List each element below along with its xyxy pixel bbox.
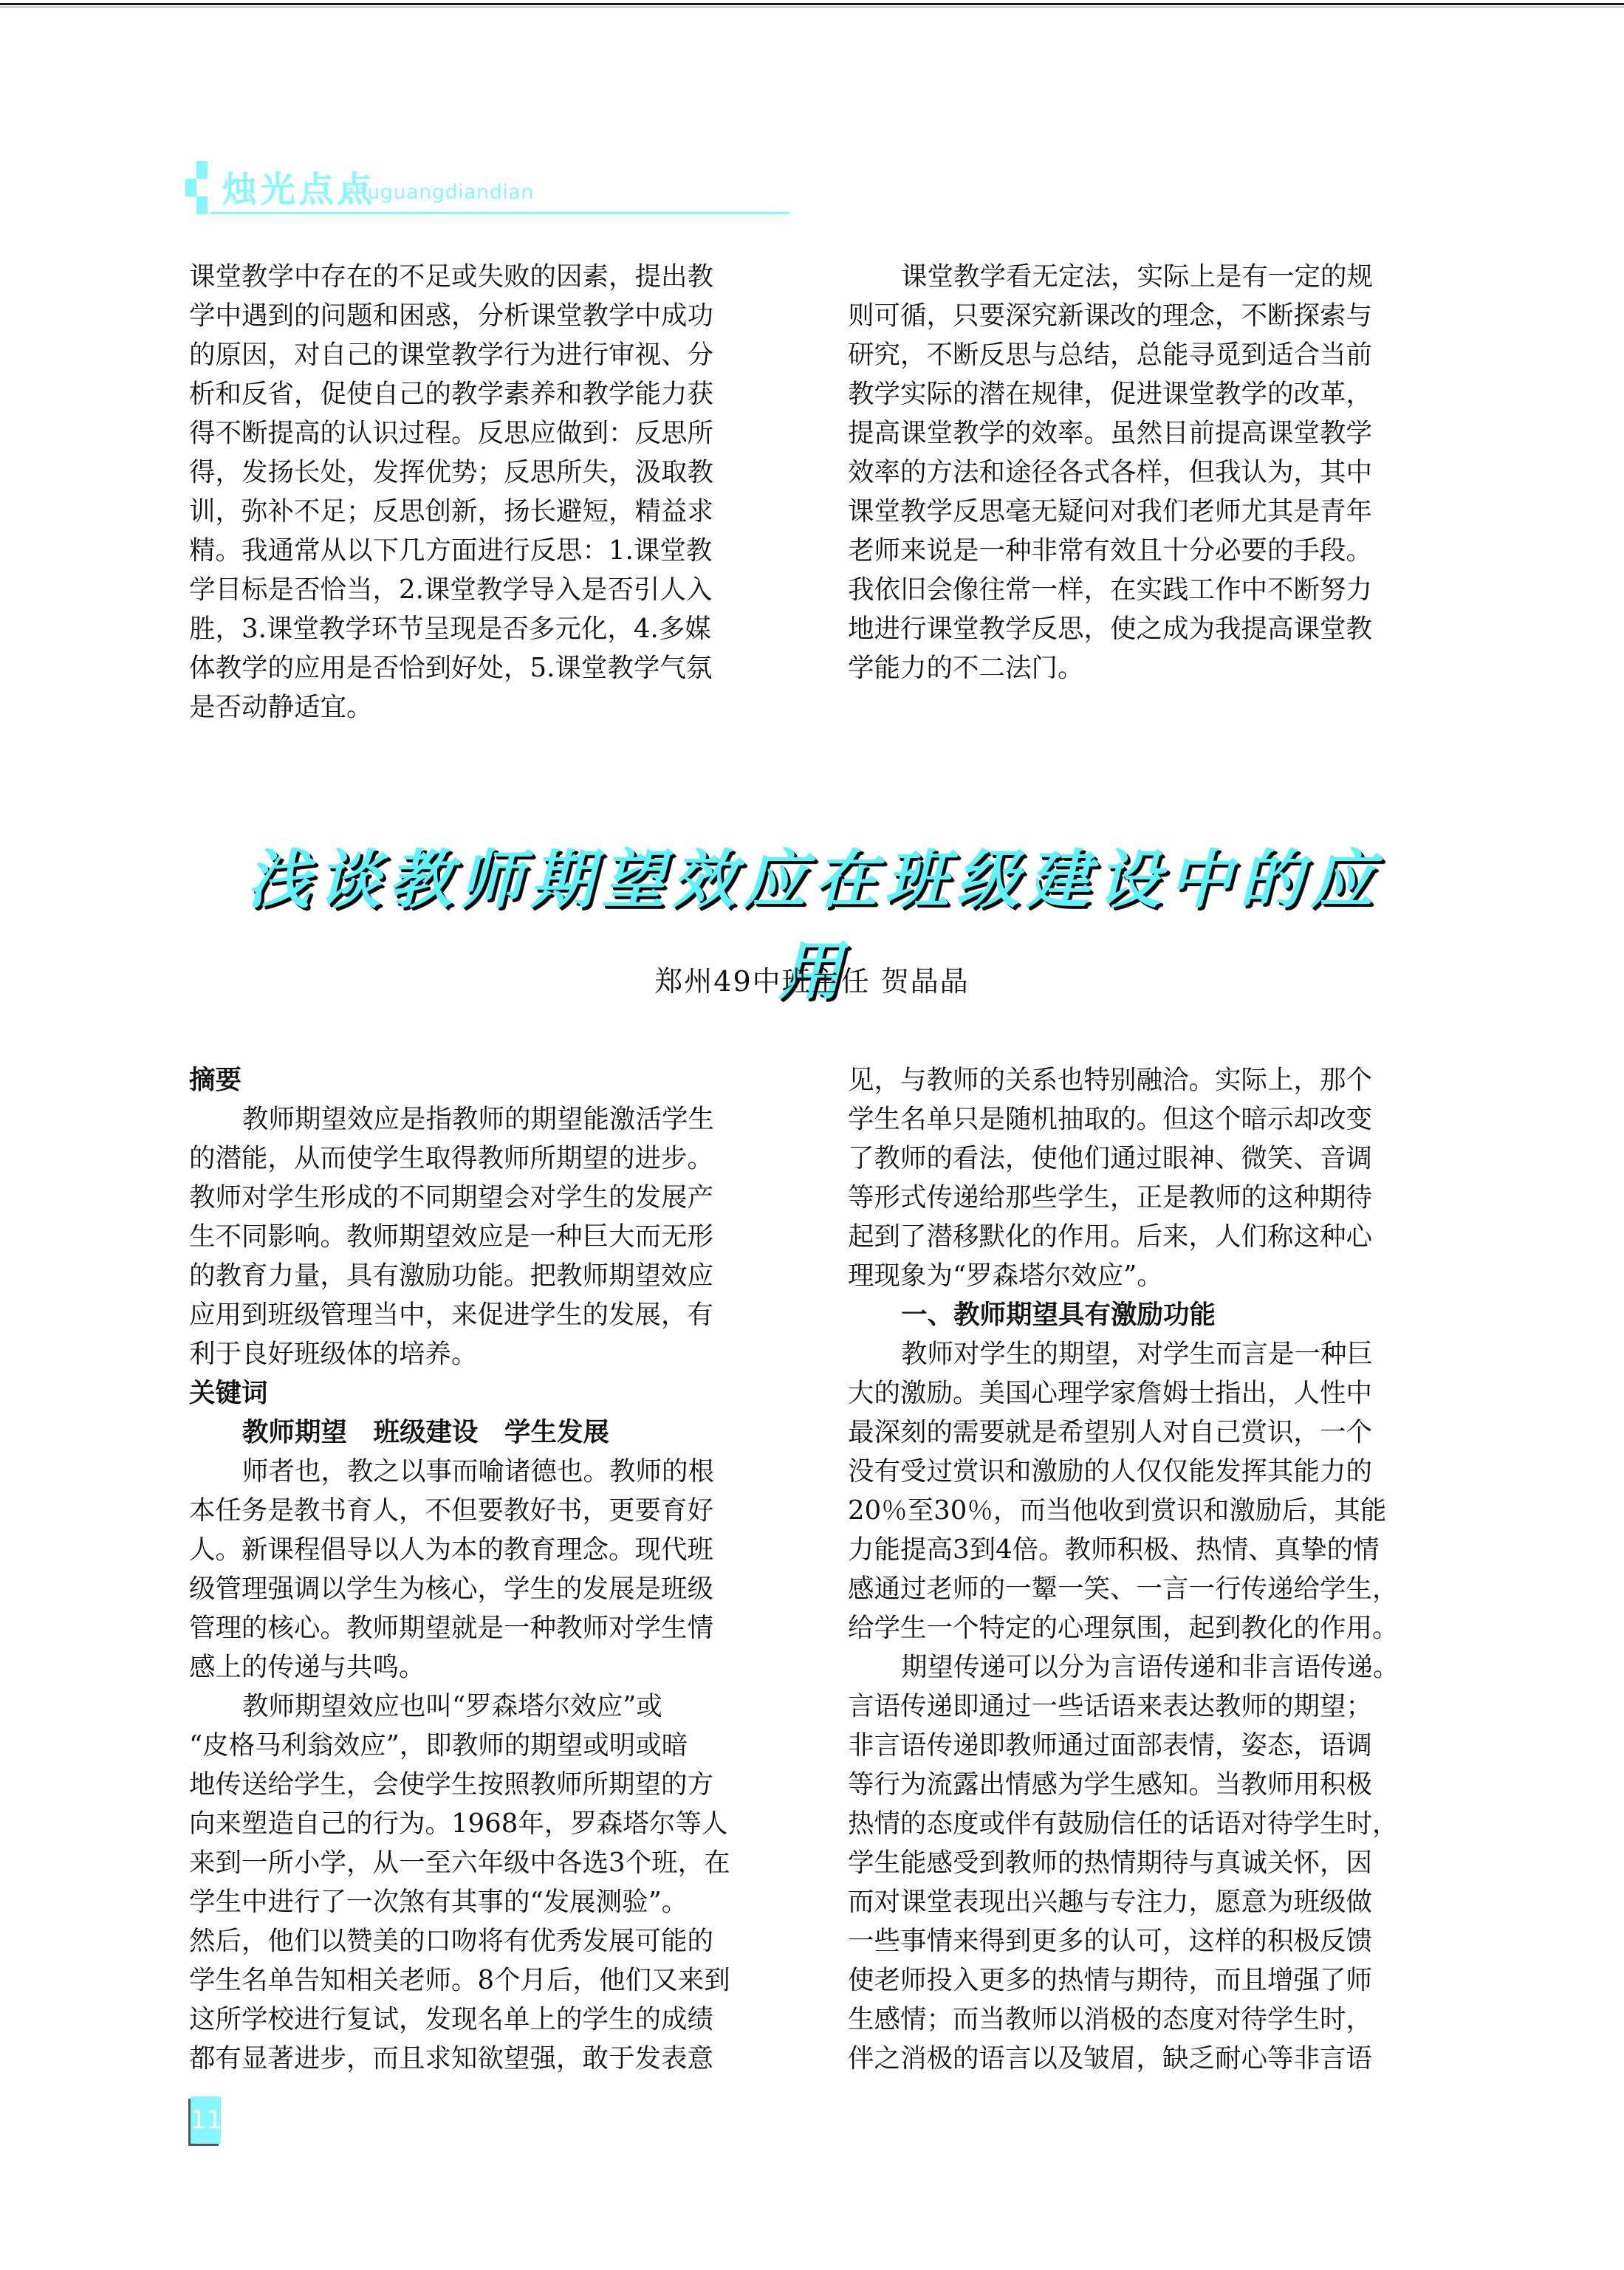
- text-line: 胜，3.课堂教学环节呈现是否多元化，4.多媒: [189, 609, 780, 648]
- text-line: 力能提高3到4倍。教师积极、热情、真挚的情: [848, 1530, 1439, 1569]
- header-decor-square-icon: [196, 196, 208, 214]
- text-heading-line: 摘要: [189, 1060, 780, 1100]
- text-line: 言语传递即通过一些话语来表达教师的期望；: [848, 1687, 1439, 1726]
- header-decor-square-icon: [185, 179, 196, 196]
- text-line: 师者也，教之以事而喻诸德也。教师的根: [189, 1452, 780, 1491]
- text-line: 的原因，对自己的课堂教学行为进行审视、分: [189, 335, 780, 374]
- text-line: 训，弥补不足；反思创新，扬长避短，精益求: [189, 492, 780, 531]
- prev-article-right-column: 课堂教学看无定法，实际上是有一定的规则可循，只要深究新课改的理念，不断探索与研究…: [848, 257, 1439, 687]
- text-line: 利于良好班级体的培养。: [189, 1334, 780, 1374]
- text-line: 教师对学生的期望，对学生而言是一种巨: [848, 1334, 1439, 1374]
- text-line: 得，发扬长处，发挥优势；反思所失，汲取教: [189, 453, 780, 492]
- text-line: 学生名单告知相关老师。8个月后，他们又来到: [189, 1961, 780, 2000]
- text-line: 学能力的不二法门。: [848, 648, 1439, 687]
- section-header: 烛光点点 zhuguangdiandian: [185, 159, 790, 225]
- text-line: 感上的传递与共鸣。: [189, 1647, 780, 1687]
- text-line: 教师期望效应是指教师的期望能激活学生: [189, 1100, 780, 1139]
- text-line: 都有显著进步，而且求知欲望强，敢于发表意: [189, 2039, 780, 2078]
- text-line: 20％至30％，而当他收到赏识和激励后，其能: [848, 1491, 1439, 1530]
- text-line: 学生中进行了一次煞有其事的“发展测验”。: [189, 1882, 780, 1921]
- text-line: 给学生一个特定的心理氛围，起到教化的作用。: [848, 1608, 1439, 1647]
- top-border-rule: [0, 3, 1624, 5]
- text-line: 使老师投入更多的热情与期待，而且增强了师: [848, 1961, 1439, 2000]
- text-line: 得不断提高的认识过程。反思应做到：反思所: [189, 414, 780, 453]
- text-line: 我依旧会像往常一样，在实践工作中不断努力: [848, 570, 1439, 609]
- text-line: 课堂教学反思毫无疑问对我们老师尤其是青年: [848, 492, 1439, 531]
- prev-article-left-column: 课堂教学中存在的不足或失败的因素，提出教学中遇到的问题和困惑，分析课堂教学中成功…: [189, 257, 780, 727]
- text-line: 大的激励。美国心理学家詹姆士指出，人性中: [848, 1374, 1439, 1413]
- text-line: 见，与教师的关系也特别融洽。实际上，那个: [848, 1060, 1439, 1100]
- text-line: 地进行课堂教学反思，使之成为我提高课堂教: [848, 609, 1439, 648]
- page-number: 11: [191, 2096, 221, 2144]
- text-heading-line: 一、教师期望具有激励功能: [848, 1295, 1439, 1334]
- text-line: “皮格马利翁效应”，即教师的期望或明或暗: [189, 1726, 780, 1765]
- text-line: 的教育力量，具有激励功能。把教师期望效应: [189, 1256, 780, 1295]
- text-line: 教师期望效应也叫“罗森塔尔效应”或: [189, 1687, 780, 1726]
- text-line: 这所学校进行复试，发现名单上的学生的成绩: [189, 2000, 780, 2039]
- section-header-underline: [210, 212, 789, 214]
- section-subtitle-pinyin: zhuguangdiandian: [343, 181, 534, 204]
- text-line: 学中遇到的问题和困惑，分析课堂教学中成功: [189, 296, 780, 335]
- text-heading-line: 教师期望 班级建设 学生发展: [189, 1413, 780, 1452]
- text-line: 是否动静适宜。: [189, 687, 780, 727]
- text-line: 本任务是教书育人，不但要教好书，更要育好: [189, 1491, 780, 1530]
- text-line: 则可循，只要深究新课改的理念，不断探索与: [848, 296, 1439, 335]
- text-line: 热情的态度或伴有鼓励信任的话语对待学生时，: [848, 1804, 1439, 1843]
- text-line: 课堂教学中存在的不足或失败的因素，提出教: [189, 257, 780, 296]
- text-line: 教学实际的潜在规律，促进课堂教学的改革，: [848, 374, 1439, 414]
- text-line: 伴之消极的语言以及皱眉，缺乏耐心等非言语: [848, 2039, 1439, 2078]
- text-line: 而对课堂表现出兴趣与专注力，愿意为班级做: [848, 1882, 1439, 1921]
- header-decor-square-icon: [196, 161, 208, 179]
- article-right-column: 见，与教师的关系也特别融洽。实际上，那个学生名单只是随机抽取的。但这个暗示却改变…: [848, 1060, 1439, 2078]
- text-line: 了教师的看法，使他们通过眼神、微笑、音调: [848, 1139, 1439, 1178]
- text-line: 精。我通常从以下几方面进行反思：1.课堂教: [189, 531, 780, 570]
- text-line: 的潜能，从而使学生取得教师所期望的进步。: [189, 1139, 780, 1178]
- article-byline: 郑州49中班主任 贺晶晶: [0, 959, 1624, 999]
- text-line: 最深刻的需要就是希望别人对自己赏识，一个: [848, 1413, 1439, 1452]
- text-line: 学目标是否恰当，2.课堂教学导入是否引人入: [189, 570, 780, 609]
- text-line: 地传送给学生，会使学生按照教师所期望的方: [189, 1765, 780, 1804]
- text-line: 等形式传递给那些学生，正是教师的这种期待: [848, 1178, 1439, 1217]
- text-line: 级管理强调以学生为核心，学生的发展是班级: [189, 1569, 780, 1608]
- text-line: 生不同影响。教师期望效应是一种巨大而无形: [189, 1217, 780, 1256]
- text-line: 没有受过赏识和激励的人仅仅能发挥其能力的: [848, 1452, 1439, 1491]
- text-line: 研究，不断反思与总结，总能寻觅到适合当前: [848, 335, 1439, 374]
- text-line: 理现象为“罗森塔尔效应”。: [848, 1256, 1439, 1295]
- text-line: 向来塑造自己的行为。1968年，罗森塔尔等人: [189, 1804, 780, 1843]
- text-heading-line: 关键词: [189, 1374, 780, 1413]
- text-line: 学生名单只是随机抽取的。但这个暗示却改变: [848, 1100, 1439, 1139]
- text-line: 起到了潜移默化的作用。后来，人们称这种心: [848, 1217, 1439, 1256]
- top-border-rule-thin: [0, 7, 1624, 7]
- text-line: 等行为流露出情感为学生感知。当教师用积极: [848, 1765, 1439, 1804]
- text-line: 非言语传递即教师通过面部表情，姿态，语调: [848, 1726, 1439, 1765]
- text-line: 然后，他们以赞美的口吻将有优秀发展可能的: [189, 1921, 780, 1961]
- text-line: 人。新课程倡导以人为本的教育理念。现代班: [189, 1530, 780, 1569]
- text-line: 应用到班级管理当中，来促进学生的发展，有: [189, 1295, 780, 1334]
- article-left-column: 摘要教师期望效应是指教师的期望能激活学生的潜能，从而使学生取得教师所期望的进步。…: [189, 1060, 780, 2078]
- text-line: 期望传递可以分为言语传递和非言语传递。: [848, 1647, 1439, 1687]
- text-line: 效率的方法和途径各式各样，但我认为，其中: [848, 453, 1439, 492]
- text-line: 教师对学生形成的不同期望会对学生的发展产: [189, 1178, 780, 1217]
- text-line: 提高课堂教学的效率。虽然目前提高课堂教学: [848, 414, 1439, 453]
- text-line: 来到一所小学，从一至六年级中各选3个班，在: [189, 1843, 780, 1882]
- text-line: 体教学的应用是否恰到好处，5.课堂教学气氛: [189, 648, 780, 687]
- text-line: 课堂教学看无定法，实际上是有一定的规: [848, 257, 1439, 296]
- text-line: 管理的核心。教师期望就是一种教师对学生情: [189, 1608, 780, 1647]
- text-line: 一些事情来得到更多的认可，这样的积极反馈: [848, 1921, 1439, 1961]
- text-line: 老师来说是一种非常有效且十分必要的手段。: [848, 531, 1439, 570]
- text-line: 生感情；而当教师以消极的态度对待学生时，: [848, 2000, 1439, 2039]
- text-line: 感通过老师的一颦一笑、一言一行传递给学生，: [848, 1569, 1439, 1608]
- text-line: 学生能感受到教师的热情期待与真诚关怀，因: [848, 1843, 1439, 1882]
- text-line: 析和反省，促使自己的教学素养和教学能力获: [189, 374, 780, 414]
